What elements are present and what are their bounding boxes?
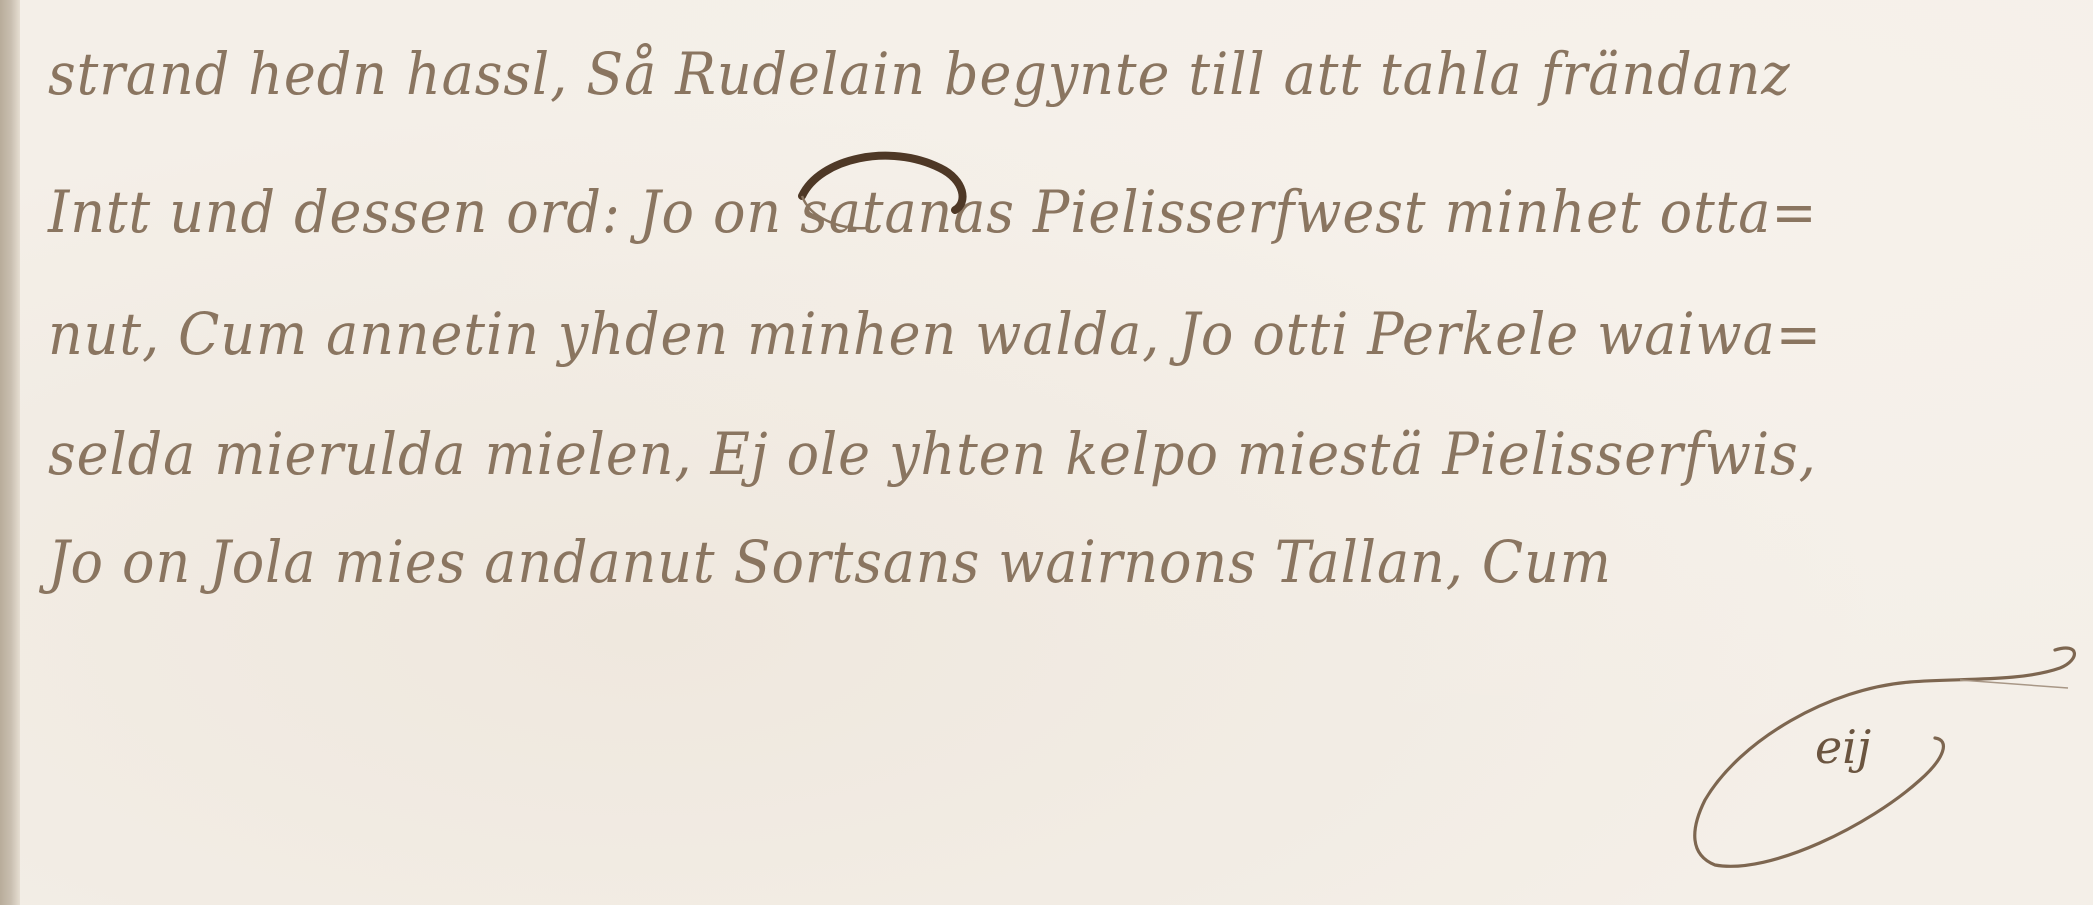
quotation-swash-icon — [790, 148, 970, 248]
manuscript-line-3: nut, Cum annetin yhden minhen walda, Jo … — [48, 300, 1822, 368]
signature-flourish-icon — [1660, 630, 2090, 880]
manuscript-line-1: strand hedn hassl, Så Rudelain begynte t… — [48, 40, 1791, 108]
manuscript-line-5: Jo on Jola mies andanut Sortsans wairnon… — [48, 528, 1612, 596]
manuscript-line-4: selda mierulda mielen, Ej ole yhten kelp… — [48, 420, 1817, 488]
page-binding-edge — [0, 0, 20, 905]
signature-monogram: eij — [1815, 720, 1871, 774]
manuscript-page: strand hedn hassl, Så Rudelain begynte t… — [20, 0, 2093, 905]
